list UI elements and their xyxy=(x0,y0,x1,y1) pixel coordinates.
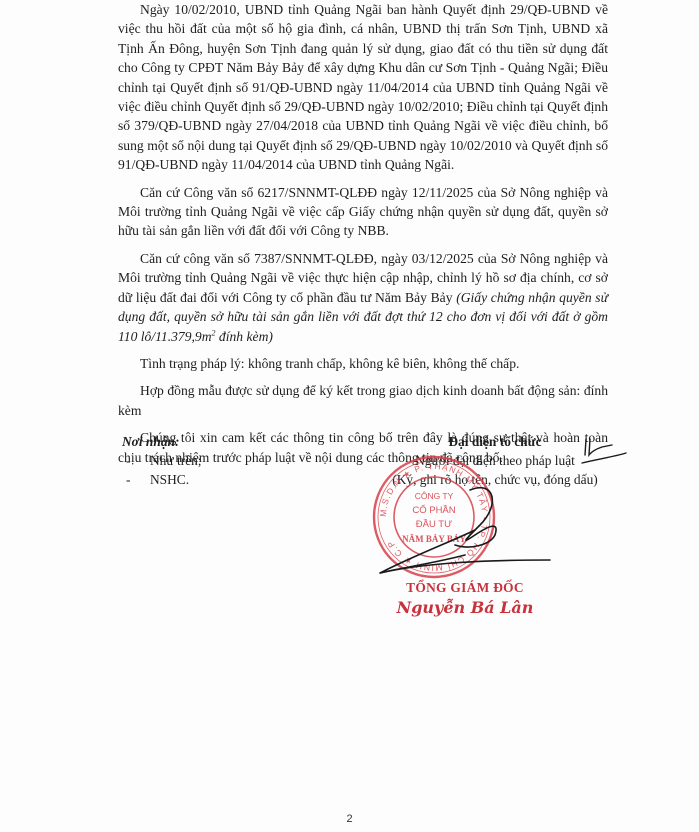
recipients-heading: Nơi nhận: xyxy=(122,432,202,451)
paragraph-legal-status: Tình trạng pháp lý: không tranh chấp, kh… xyxy=(118,354,608,373)
document-body: Ngày 10/02/2010, UBND tỉnh Quảng Ngãi ba… xyxy=(118,0,608,467)
recipient-item: -Như trên; xyxy=(122,451,202,470)
paragraph-sample-contract: Hợp đồng mẫu được sử dụng để ký kết tron… xyxy=(118,381,608,420)
recipient-text: NSHC. xyxy=(150,472,189,487)
initials-icon xyxy=(578,435,628,467)
recipient-item: -NSHC. xyxy=(122,470,202,489)
paragraph-decision-history: Ngày 10/02/2010, UBND tỉnh Quảng Ngãi ba… xyxy=(118,0,608,175)
ceo-role: TỔNG GIÁM ĐỐC xyxy=(395,580,535,596)
recipients-block: Nơi nhận: -Như trên; -NSHC. xyxy=(122,432,202,489)
paragraph-official-letter-6217: Căn cứ Công văn số 6217/SNNMT-QLĐĐ ngày … xyxy=(118,183,608,241)
signature-icon xyxy=(375,485,555,575)
recipient-text: Như trên; xyxy=(150,453,202,468)
page-number: 2 xyxy=(0,813,699,825)
ceo-block: TỔNG GIÁM ĐỐC Nguyễn Bá Lân xyxy=(395,580,535,617)
paragraph-official-letter-7387: Căn cứ công văn số 7387/SNNMT-QLĐĐ, ngày… xyxy=(118,249,608,346)
ceo-name: Nguyễn Bá Lân xyxy=(395,598,535,617)
dash-bullet: - xyxy=(126,470,150,489)
dash-bullet: - xyxy=(126,451,150,470)
italic-note-end: đính kèm) xyxy=(216,329,273,344)
document-page: Ngày 10/02/2010, UBND tỉnh Quảng Ngãi ba… xyxy=(0,0,699,832)
